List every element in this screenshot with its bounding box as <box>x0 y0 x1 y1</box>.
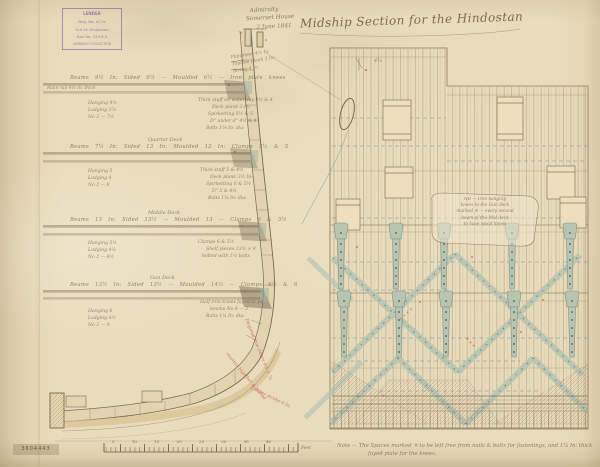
scale-numbers: 5 10 15 20 25 30 35 40 <box>112 439 271 444</box>
deck-spec-1: Beams 9½ In: Sided 9½ — Moulded 6½ — Iro… <box>70 75 286 81</box>
spec-line: Bolts 1¼ In: dia: <box>208 196 253 203</box>
figure-line: Hanging 5 <box>88 168 112 175</box>
topside-note: Plansheer 4½ In: Topside plank 3 In: Str… <box>231 49 277 76</box>
figure-line: Hanging 4½ <box>88 100 117 107</box>
figure-line: No 2 — 8½ <box>88 254 117 261</box>
figure-line: No 2 — 8 <box>88 182 112 189</box>
spec-cluster-1: Thick stuff on waterway 4½ & 4 Deck plan… <box>198 98 273 132</box>
stamp-line: ADMIRALTY COLLECTION <box>63 43 121 46</box>
spec-line: Bolts 1¼ In: dia: <box>206 314 263 321</box>
spec-line: Shelf pieces 13½ × 9 <box>206 247 256 254</box>
red-tally-2: ✕ ✕ ✕ <box>464 336 476 349</box>
figure-line: No 2 — 9 <box>88 322 116 329</box>
spec-line: Thick stuff 5 & 4½ <box>200 168 253 175</box>
red-note-3: Limber strake 6 In: <box>250 386 292 410</box>
figure-line: No 2 — 7½ <box>88 114 117 121</box>
cloud-note: NB — Iron hanging knees to the Gun deck … <box>436 197 534 228</box>
stamp-line: Out of: Hindostan <box>63 28 121 32</box>
spec-cluster-4: Half iron knees fayed to ye beams No 4 —… <box>200 300 263 321</box>
spec-cluster-3: Clamps 6 & 5½ Shelf pieces 13½ × 9 bolte… <box>198 240 256 261</box>
scale-unit-label: Feet <box>301 446 311 451</box>
deck-spec-2: Beams 7½ In: Sided 13 In: Moulded 12 In:… <box>70 144 288 150</box>
spec-line: Half iron knees fayed to ye <box>200 300 263 307</box>
figure-line: Lodging 4½ <box>88 315 116 322</box>
spec-line: Deck plank 3 In: <box>212 105 273 112</box>
annotation-layer: LENDER Neg. No. A77a Out of: Hindostan B… <box>0 0 600 467</box>
framing-figure: 4⅞ <box>374 58 382 64</box>
red-tally-1: ✕ ✕ ✕ ✕ <box>398 306 414 322</box>
deck-label-3: Middle Deck <box>148 210 180 216</box>
figure-line: Hanging 6 <box>88 308 116 315</box>
stamp-line: Neg. No. A77a <box>63 20 121 24</box>
spec-line: Clamps 6 & 5½ <box>198 240 256 247</box>
deck-spec-3: Beams 13 In: Sided 13½ — Moulded 13 — Cl… <box>70 217 287 223</box>
archive-code-tag: 3604443 <box>13 444 59 455</box>
stamp-line: LENDER <box>63 12 121 16</box>
deck-subnote-1: Main rail 4½ In: thick <box>47 86 96 91</box>
spec-cluster-2: Thick stuff 5 & 4½ Deck plank 3½ In: Spi… <box>200 168 253 202</box>
title-office-line: 2 June 1841 <box>256 22 295 32</box>
spec-line: Bolts 1⅛ In: dia: <box>206 126 273 133</box>
figure-line: Hanging 5½ <box>88 240 117 247</box>
deck-figures-1: Hanging 4½ Lodging 3⅞ No 2 — 7½ <box>88 100 117 121</box>
spec-line: Deck plank 3½ In: <box>210 175 253 182</box>
spec-line: Thick stuff on waterway 4½ & 4 <box>198 98 273 105</box>
red-note-1: Diagonal iron riders 4½ × ⅞ <box>243 318 272 381</box>
museum-stamp: LENDER Neg. No. A77a Out of: Hindostan B… <box>62 8 122 50</box>
figure-line: Lodging 3⅞ <box>88 107 117 114</box>
cloud-line: to have wood knees <box>436 222 534 228</box>
spec-line: D° under d° 4½ & 4 <box>210 119 273 126</box>
page-title: Midship Section for the Hindostan <box>300 9 524 30</box>
ship-plan-scan: LENDER Neg. No. A77a Out of: Hindostan B… <box>0 0 600 467</box>
spec-line: D° 5 & 4½ <box>212 189 253 196</box>
spec-line: Spirketting 5½ & 5 <box>208 112 273 119</box>
deck-figures-2: Hanging 5 Lodging 4 No 2 — 8 <box>88 168 112 189</box>
bottom-note-line-2: fayed plate for the knees. <box>368 451 437 457</box>
deck-figures-4: Hanging 6 Lodging 4½ No 2 — 9 <box>88 308 116 329</box>
bottom-note-line-1: Note — The Spaces marked ✕ to be left fr… <box>337 443 592 449</box>
deck-label-4: Gun Deck <box>150 275 175 281</box>
spec-line: beams No 4 — 2 <box>210 307 263 314</box>
deck-figures-3: Hanging 5½ Lodging 4¼ No 2 — 8½ <box>88 240 117 261</box>
title-office-block: Admiralty Somerset House 2 June 1841 <box>249 5 295 32</box>
figure-line: Lodging 4 <box>88 175 112 182</box>
spec-line: bolted with 1¼ bolts <box>202 254 256 261</box>
deck-spec-4: Beams 13½ In: Sided 13½ — Moulded 14½ — … <box>70 282 298 288</box>
deck-label-2: Quarter Deck <box>148 137 182 143</box>
spec-line: Spirketting 6 & 5½ <box>206 182 253 189</box>
stamp-line: Box No. 150.8.4 <box>63 35 121 39</box>
figure-line: Lodging 4¼ <box>88 247 117 254</box>
